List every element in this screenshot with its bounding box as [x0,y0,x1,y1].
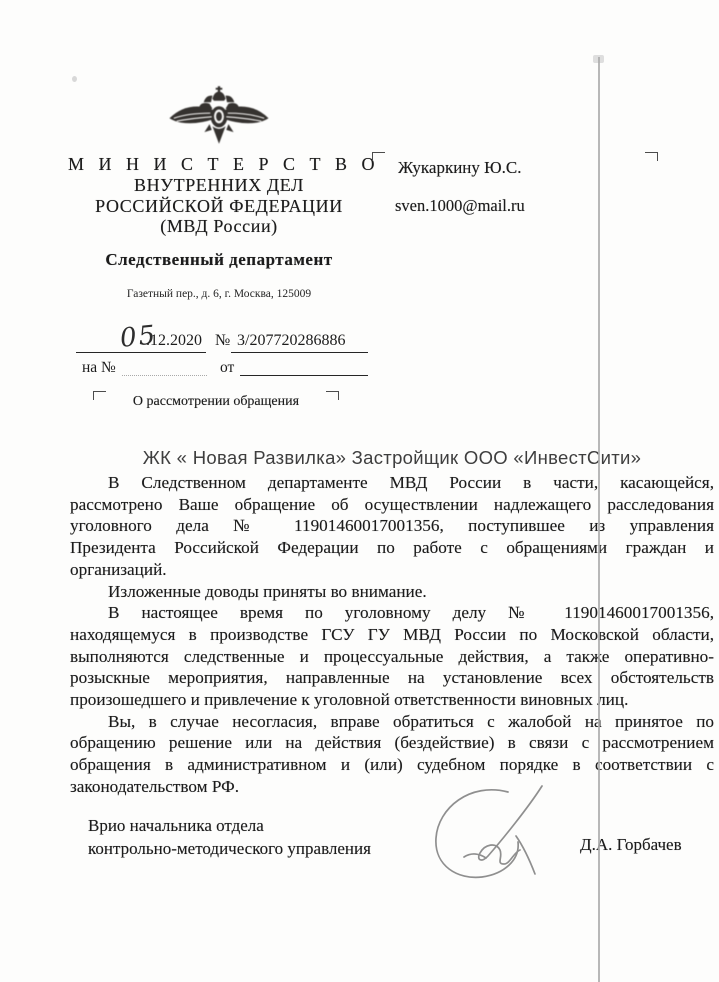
body-line: Вы, в случае несогласия, вправе обратить… [70,711,714,733]
body-line: организаций. [70,559,714,581]
letterhead: М И Н И С Т Е Р С Т В О ВНУТРЕННИХ ДЕЛ Р… [63,86,375,300]
body-line: выполняются следственные и процессуальны… [70,646,714,668]
body-line: В настоящее время по уголовному делу № 1… [70,602,714,624]
body-line: уголовного дела № 11901460017001356, пос… [70,515,714,537]
body-line: розыскные мероприятия, направленные на у… [70,667,714,689]
body-line: законодательством РФ. [70,776,714,798]
handwritten-signature-icon [430,780,570,885]
date-rest: .12.2020 [146,332,202,350]
ministry-name-line3: РОССИЙСКОЙ ФЕДЕРАЦИИ [63,196,375,217]
body-line: находящемуся в производстве ГСУ ГУ МВД Р… [70,624,714,646]
letter-body: В Следственном департаменте МВД России в… [70,472,714,798]
mvd-eagle-emblem-icon [168,86,270,152]
scan-artifact-dot [72,76,77,82]
body-line: рассмотрено Ваше обращение об осуществле… [70,494,714,516]
body-line: обращения в административном и (или) суд… [70,754,714,776]
ministry-name-line2: ВНУТРЕННИХ ДЕЛ [63,175,375,196]
subject-line: О рассмотрении обращения [100,394,332,410]
recipient-name: Жукаркину Ю.С. [398,158,521,178]
complaint-heading: ЖК « Новая Развилка» Застройщик ООО «Инв… [70,447,714,469]
signer-position-line1: Врио начальника отдела [88,815,371,838]
body-line: Президента Российской Федерации по работ… [70,537,714,559]
recipient-email: sven.1000@mail.ru [395,196,525,216]
body-line: Изложенные доводы приняты во внимание. [70,581,714,603]
number-underline [231,352,368,353]
reply-to-label: на № [82,359,116,377]
department-name: Следственный департамент [63,250,375,270]
reply-from-label: от [220,359,234,377]
signer-position-line2: контрольно-методического управления [88,838,371,861]
body-line: В Следственном департаменте МВД России в… [70,472,714,494]
signer-position: Врио начальника отдела контрольно-методи… [88,815,371,860]
reply-date-blank [240,375,368,376]
ministry-name-line1: М И Н И С Т Е Р С Т В О [63,154,375,175]
body-line: обращению решение или на действия (безде… [70,732,714,754]
body-line: произошедшего и привлечение к уголовной … [70,689,714,711]
scanned-letter-page: М И Н И С Т Е Р С Т В О ВНУТРЕННИХ ДЕЛ Р… [0,0,719,982]
date-underline [76,352,206,353]
outgoing-number: 3/207720286886 [237,332,345,350]
scan-artifact-vertical-line [598,57,600,982]
recipient-corner-mark-left [372,152,385,161]
number-sign: № [215,332,230,350]
recipient-corner-mark-right [645,152,658,161]
reply-number-blank [122,375,207,376]
department-address: Газетный пер., д. 6, г. Москва, 125009 [63,288,375,300]
signer-name: Д.А. Горбачев [580,835,682,855]
ministry-name-line4: (МВД России) [63,216,375,237]
